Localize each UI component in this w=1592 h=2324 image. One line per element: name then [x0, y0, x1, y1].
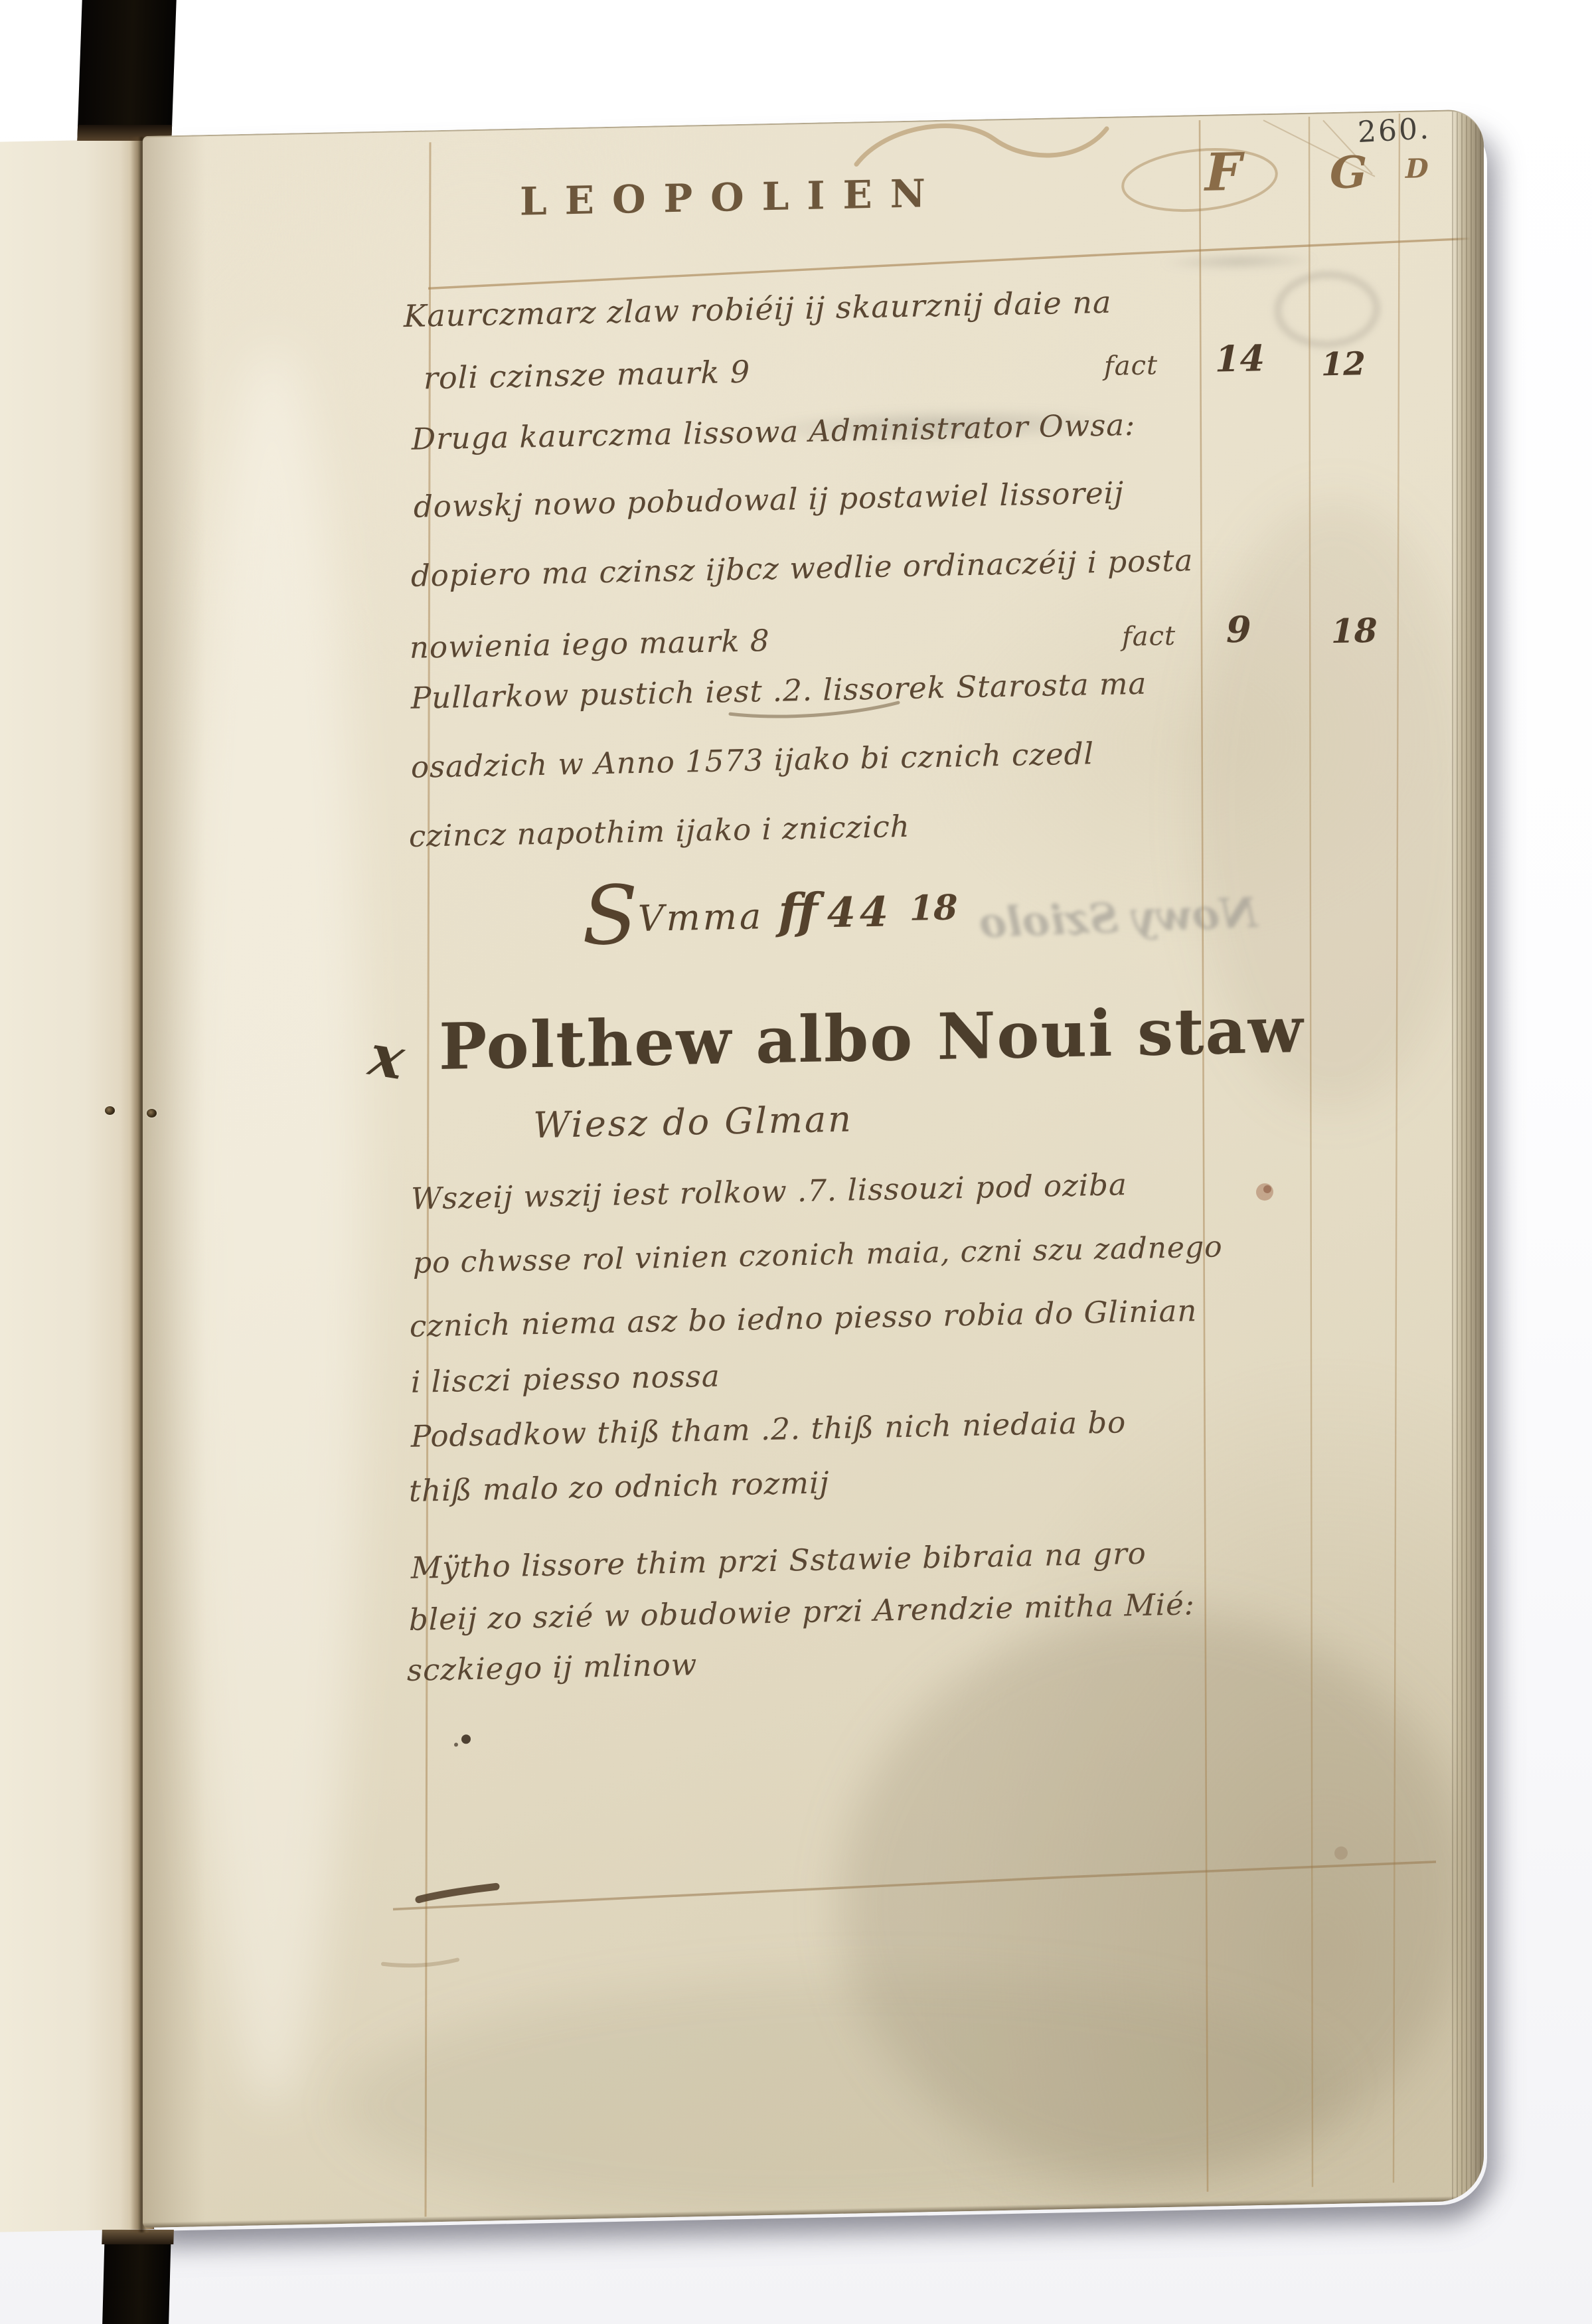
grossi-value: 18	[1331, 611, 1378, 651]
header-swash-flourish	[856, 123, 1107, 165]
section-subheading: Wiesz do Glman	[533, 1098, 853, 1147]
facit-label: fact	[1122, 620, 1176, 653]
facit-label: fact	[1104, 349, 1158, 382]
entry-line: nowienia iego maurk 8	[410, 623, 770, 666]
bookmark-ribbon-top	[77, 0, 176, 141]
bookmark-ribbon-bottom	[102, 2230, 171, 2324]
fore-edge-page-stack	[1452, 110, 1484, 2201]
binding-hole	[147, 1109, 157, 1118]
summa-line: SVmmaff4418	[582, 879, 957, 943]
summa-florins: 44	[827, 887, 892, 937]
column-header-denarii: D	[1405, 153, 1429, 185]
column-header-grossi: G	[1330, 146, 1367, 199]
binding-hole	[105, 1106, 115, 1115]
manuscript-page: Nowy Sziolo 260. F G D LEOPOLIEN Kaurczm…	[143, 109, 1484, 2228]
summa-label: Vmma	[638, 895, 764, 940]
entry-line: sczkiego ij mlinow	[407, 1647, 697, 1689]
florin-symbol: ff	[763, 882, 827, 940]
florins-value: 14	[1215, 337, 1265, 380]
manuscript-scan: { "document": { "folio_number": "260.", …	[0, 0, 1592, 2324]
ink-speck	[454, 1742, 458, 1746]
florins-value: 9	[1226, 608, 1251, 651]
closing-rule	[393, 1862, 1436, 1910]
entry-line: i lisczi piesso nossa	[411, 1359, 720, 1400]
grossi-value: 12	[1321, 345, 1366, 383]
header-rule	[428, 238, 1481, 289]
summa-initial: S	[582, 868, 638, 963]
denarii-column-rule	[1393, 114, 1399, 2183]
ink-speck	[461, 1734, 471, 1744]
summa-grossi: 18	[892, 887, 957, 929]
column-header-florins: F	[1205, 142, 1241, 203]
faint-stain	[1334, 1847, 1348, 1860]
entry-line: roli czinsze maurk 9	[424, 354, 750, 397]
running-title: LEOPOLIEN	[520, 171, 943, 224]
closing-dash-mark	[419, 1886, 496, 1899]
folio-number: 260.	[1357, 112, 1431, 149]
grossi-column-rule	[1309, 117, 1313, 2187]
florins-column-rule	[1200, 120, 1208, 2192]
faint-flourish	[383, 1959, 457, 1965]
